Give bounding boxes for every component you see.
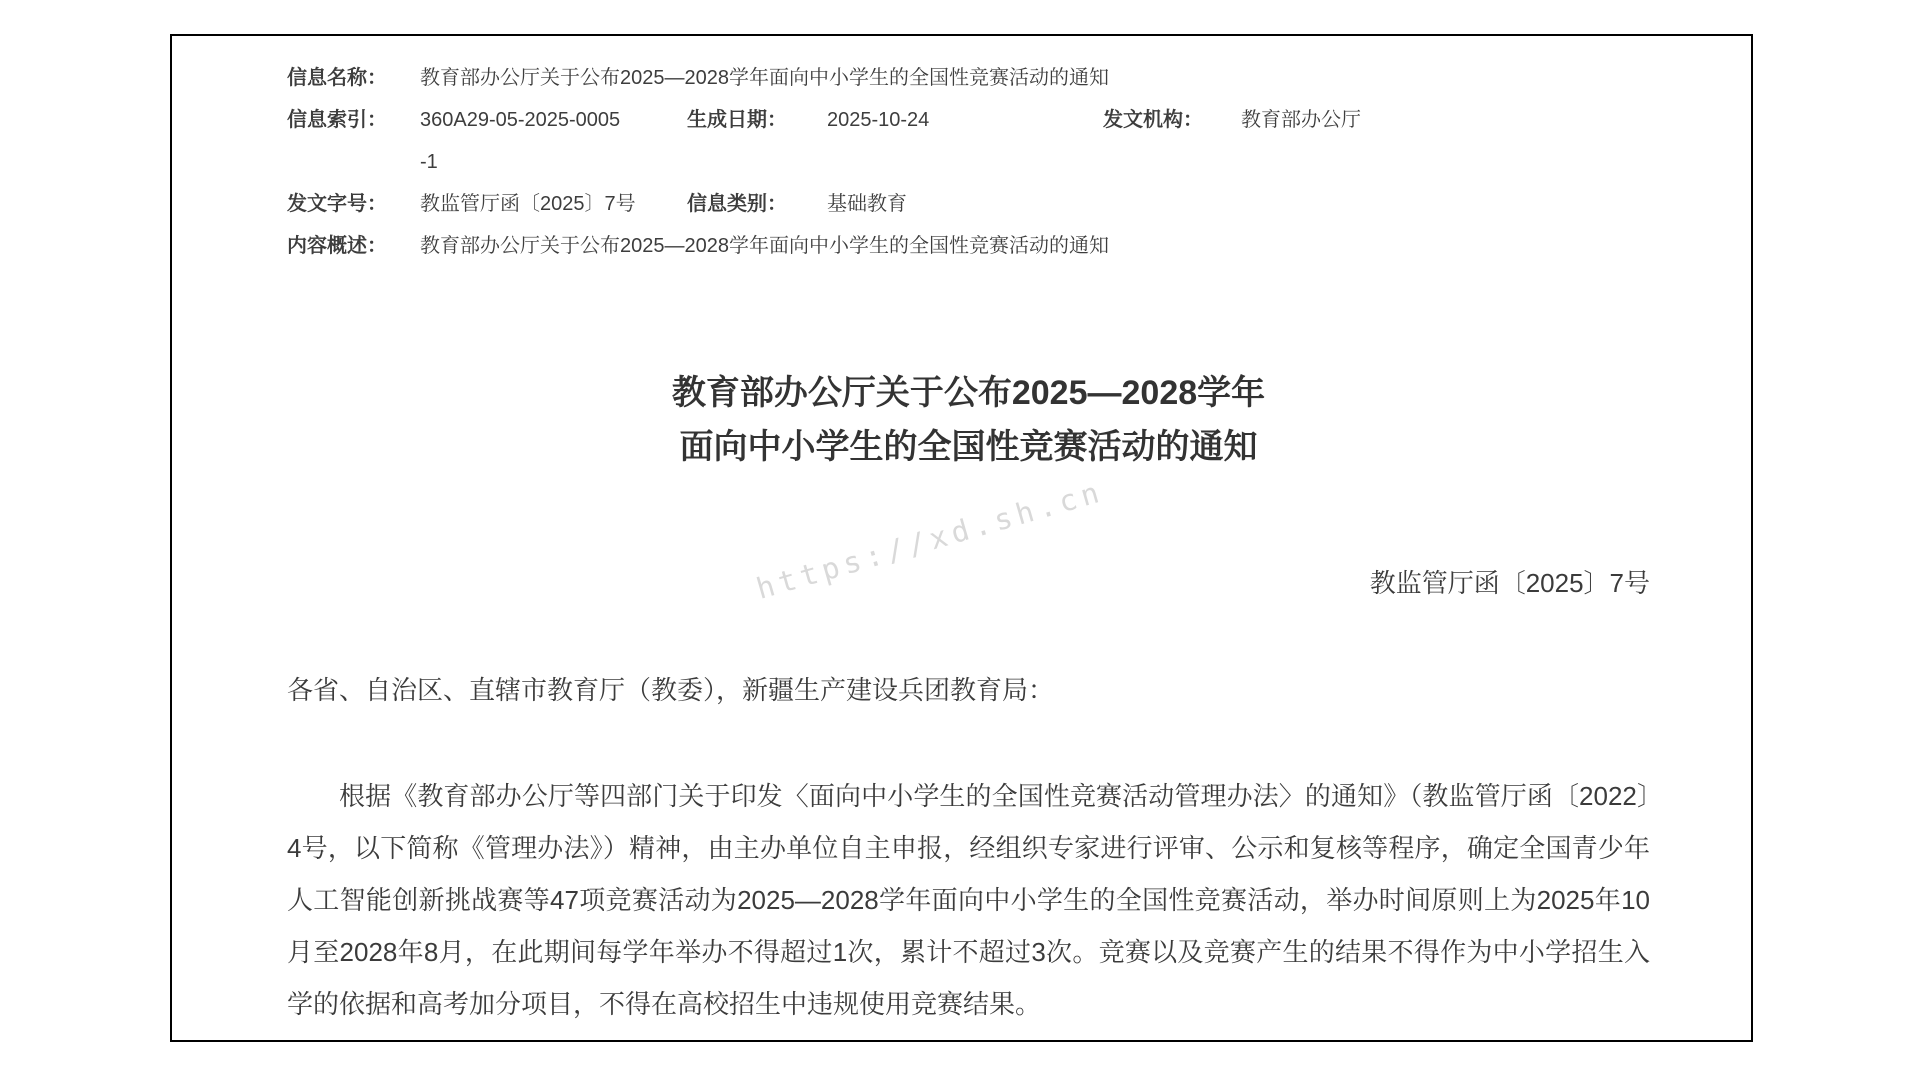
meta-label-summary: 内容概述： <box>287 225 420 267</box>
meta-value-name: 教育部办公厅关于公布2025—2028学年面向中小学生的全国性竞赛活动的通知 <box>420 57 1650 99</box>
meta-label-agency: 发文机构： <box>1103 99 1241 183</box>
meta-label-index: 信息索引： <box>287 99 420 183</box>
meta-value-date: 2025-10-24 <box>827 99 1103 183</box>
salutation-line: 各省、自治区、直辖市教育厅（教委），新疆生产建设兵团教育局： <box>287 672 1650 708</box>
meta-label-category: 信息类别： <box>687 183 827 225</box>
meta-label-name: 信息名称： <box>287 57 420 99</box>
document-content: 信息名称： 教育部办公厅关于公布2025—2028学年面向中小学生的全国性竞赛活… <box>172 36 1751 1040</box>
meta-value-agency: 教育部办公厅 <box>1241 99 1650 183</box>
page-background: 信息名称： 教育部办公厅关于公布2025—2028学年面向中小学生的全国性竞赛活… <box>0 0 1920 1080</box>
meta-value-summary: 教育部办公厅关于公布2025—2028学年面向中小学生的全国性竞赛活动的通知 <box>420 225 1650 267</box>
meta-value-index-text: 360A29-05-2025-0005-1 <box>420 99 626 183</box>
meta-table: 信息名称： 教育部办公厅关于公布2025—2028学年面向中小学生的全国性竞赛活… <box>287 57 1650 267</box>
page-title-line2: 面向中小学生的全国性竞赛活动的通知 <box>287 420 1650 474</box>
meta-label-docnum: 发文字号： <box>287 183 420 225</box>
meta-value-docnum: 教监管厅函〔2025〕7号 <box>420 183 687 225</box>
page-title: 教育部办公厅关于公布2025—2028学年 面向中小学生的全国性竞赛活动的通知 <box>287 366 1650 474</box>
document-frame: 信息名称： 教育部办公厅关于公布2025—2028学年面向中小学生的全国性竞赛活… <box>170 34 1753 1042</box>
meta-label-date: 生成日期： <box>687 99 827 183</box>
document-number: 教监管厅函〔2025〕7号 <box>287 565 1650 601</box>
page-title-line1: 教育部办公厅关于公布2025—2028学年 <box>287 366 1650 420</box>
meta-value-category: 基础教育 <box>827 183 1650 225</box>
body-paragraph: 根据《教育部办公厅等四部门关于印发〈面向中小学生的全国性竞赛活动管理办法〉的通知… <box>287 770 1650 1030</box>
meta-value-index: 360A29-05-2025-0005-1 <box>420 99 687 183</box>
